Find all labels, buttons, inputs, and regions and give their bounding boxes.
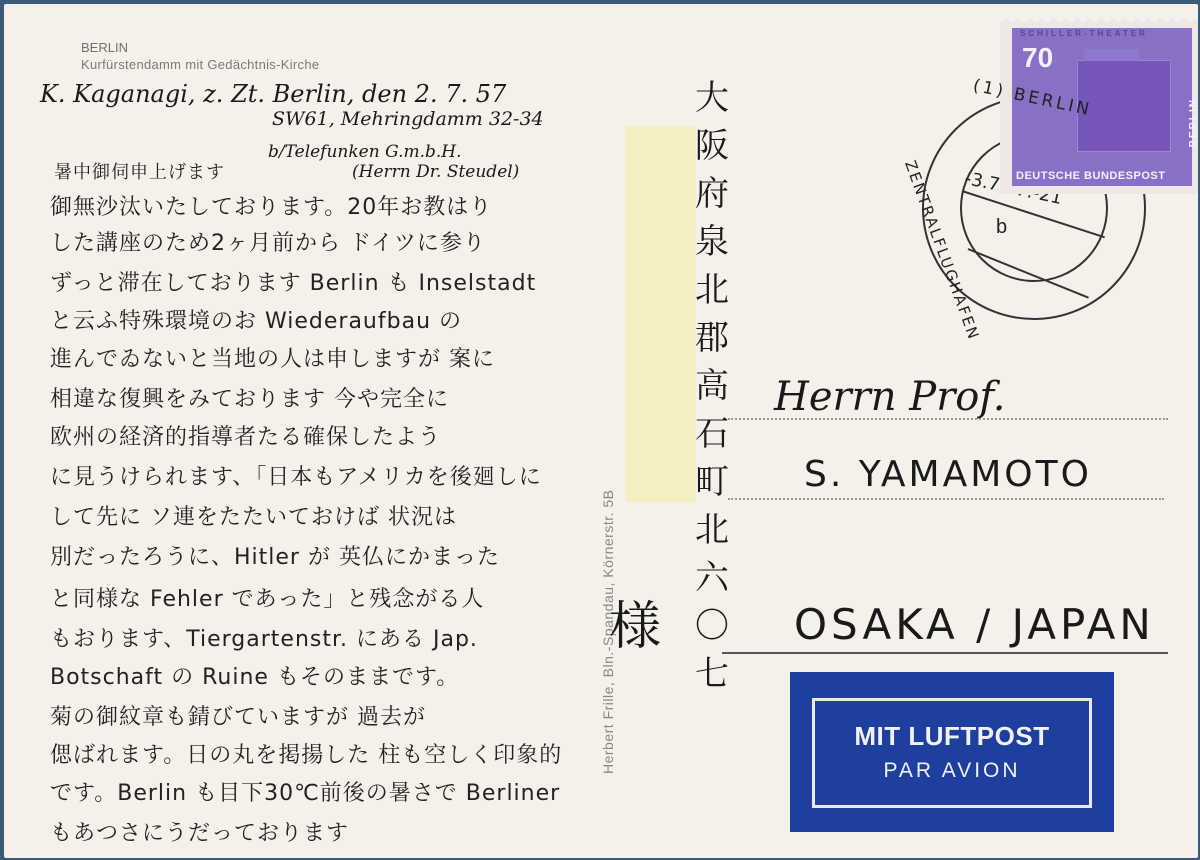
airmail-sub-text: PAR AVION bbox=[815, 759, 1089, 783]
message-line: と云ふ特殊環境のお Wiederaufbau の bbox=[50, 304, 462, 335]
address-character: 郡 bbox=[692, 314, 732, 362]
message-line: Botschaft の Ruine もそのままです。 bbox=[50, 660, 459, 691]
japanese-address-vertical: 大阪府泉北郡高石町北六〇七 bbox=[692, 74, 732, 698]
sender-address: SW61, Mehringdamm 32-34 bbox=[272, 108, 544, 130]
airmail-label: MIT LUFTPOST PAR AVION bbox=[790, 672, 1114, 832]
address-character: 〇 bbox=[692, 602, 732, 650]
message-line: 進んでゐないと当地の人は申しますが 案に bbox=[50, 342, 495, 373]
message-line: 別だったろうに、Hitler が 英仏にかまった bbox=[50, 540, 500, 571]
address-character: 泉 bbox=[692, 218, 732, 266]
stamp-country: DEUTSCHE BUNDESPOST bbox=[1016, 170, 1165, 182]
postmark-letter: b bbox=[996, 216, 1007, 239]
message-line: 偲ばれます。日の丸を掲揚した 柱も空しく印象的 bbox=[50, 738, 562, 769]
sender-company: b/Telefunken G.m.b.H. bbox=[268, 142, 462, 162]
address-line-2 bbox=[728, 498, 1164, 500]
message-line: 相違な復興をみております 今や完全に bbox=[50, 382, 449, 413]
message-line: に見うけられます、「日本もアメリカを後廻しに bbox=[50, 460, 542, 491]
message-line: ずっと滞在しております Berlin も Inselstadt bbox=[50, 266, 536, 297]
address-character: 府 bbox=[692, 170, 732, 218]
sender-name-date: K. Kaganagi, z. Zt. Berlin, den 2. 7. 57 bbox=[40, 80, 506, 108]
message-line: 菊の御紋章も錆びていますが 過去が bbox=[50, 700, 426, 731]
sender-contact: (Herrn Dr. Steudel) bbox=[352, 162, 519, 182]
yellow-tape-strip bbox=[626, 126, 696, 502]
address-character: 六 bbox=[692, 554, 732, 602]
message-line: した講座のため2ヶ月前から ドイツに参り bbox=[50, 226, 486, 257]
printed-city-caption: BERLIN bbox=[81, 40, 128, 55]
address-character: 高 bbox=[692, 362, 732, 410]
message-line: 暑中御伺申上げます bbox=[54, 158, 225, 184]
message-line: 御無沙汰いたしております。20年お教はり bbox=[50, 190, 492, 221]
address-character: 石 bbox=[692, 410, 732, 458]
printed-location-caption: Kurfürstendamm mit Gedächtnis-Kirche bbox=[81, 57, 319, 72]
airmail-main-text: MIT LUFTPOST bbox=[815, 721, 1089, 752]
airmail-frame: MIT LUFTPOST PAR AVION bbox=[812, 698, 1092, 808]
address-character: 北 bbox=[692, 506, 732, 554]
message-line: して先に ソ連をたたいておけば 状況は bbox=[50, 500, 457, 531]
address-line-3 bbox=[722, 652, 1168, 654]
recipient-title: Herrn Prof. bbox=[774, 374, 1005, 420]
message-line: と同様な Fehler であった」と残念がる人 bbox=[50, 582, 484, 613]
honorific-sama: 様 bbox=[609, 584, 661, 659]
message-line: もおります、Tiergartenstr. にある Jap. bbox=[50, 622, 478, 653]
stamp-side-text: BERLIN bbox=[1188, 98, 1199, 147]
address-character: 北 bbox=[692, 266, 732, 314]
address-character: 阪 bbox=[692, 122, 732, 170]
stamp-value: 70 bbox=[1022, 42, 1053, 74]
recipient-city-country: OSAKA / JAPAN bbox=[794, 600, 1155, 649]
recipient-name: S. YAMAMOTO bbox=[804, 454, 1092, 495]
address-character: 七 bbox=[692, 650, 732, 698]
message-line: 欧州の経済的指導者たる確保したよう bbox=[50, 420, 441, 451]
postcard: BERLIN Kurfürstendamm mit Gedächtnis-Kir… bbox=[4, 4, 1198, 858]
message-line: もあつさにうだっております bbox=[50, 816, 349, 847]
address-character: 大 bbox=[692, 74, 732, 122]
address-character: 町 bbox=[692, 458, 732, 506]
message-line: です。Berlin も目下30℃前後の暑さで Berliner bbox=[50, 776, 560, 807]
stamp-title: SCHILLER-THEATER bbox=[1020, 29, 1148, 38]
